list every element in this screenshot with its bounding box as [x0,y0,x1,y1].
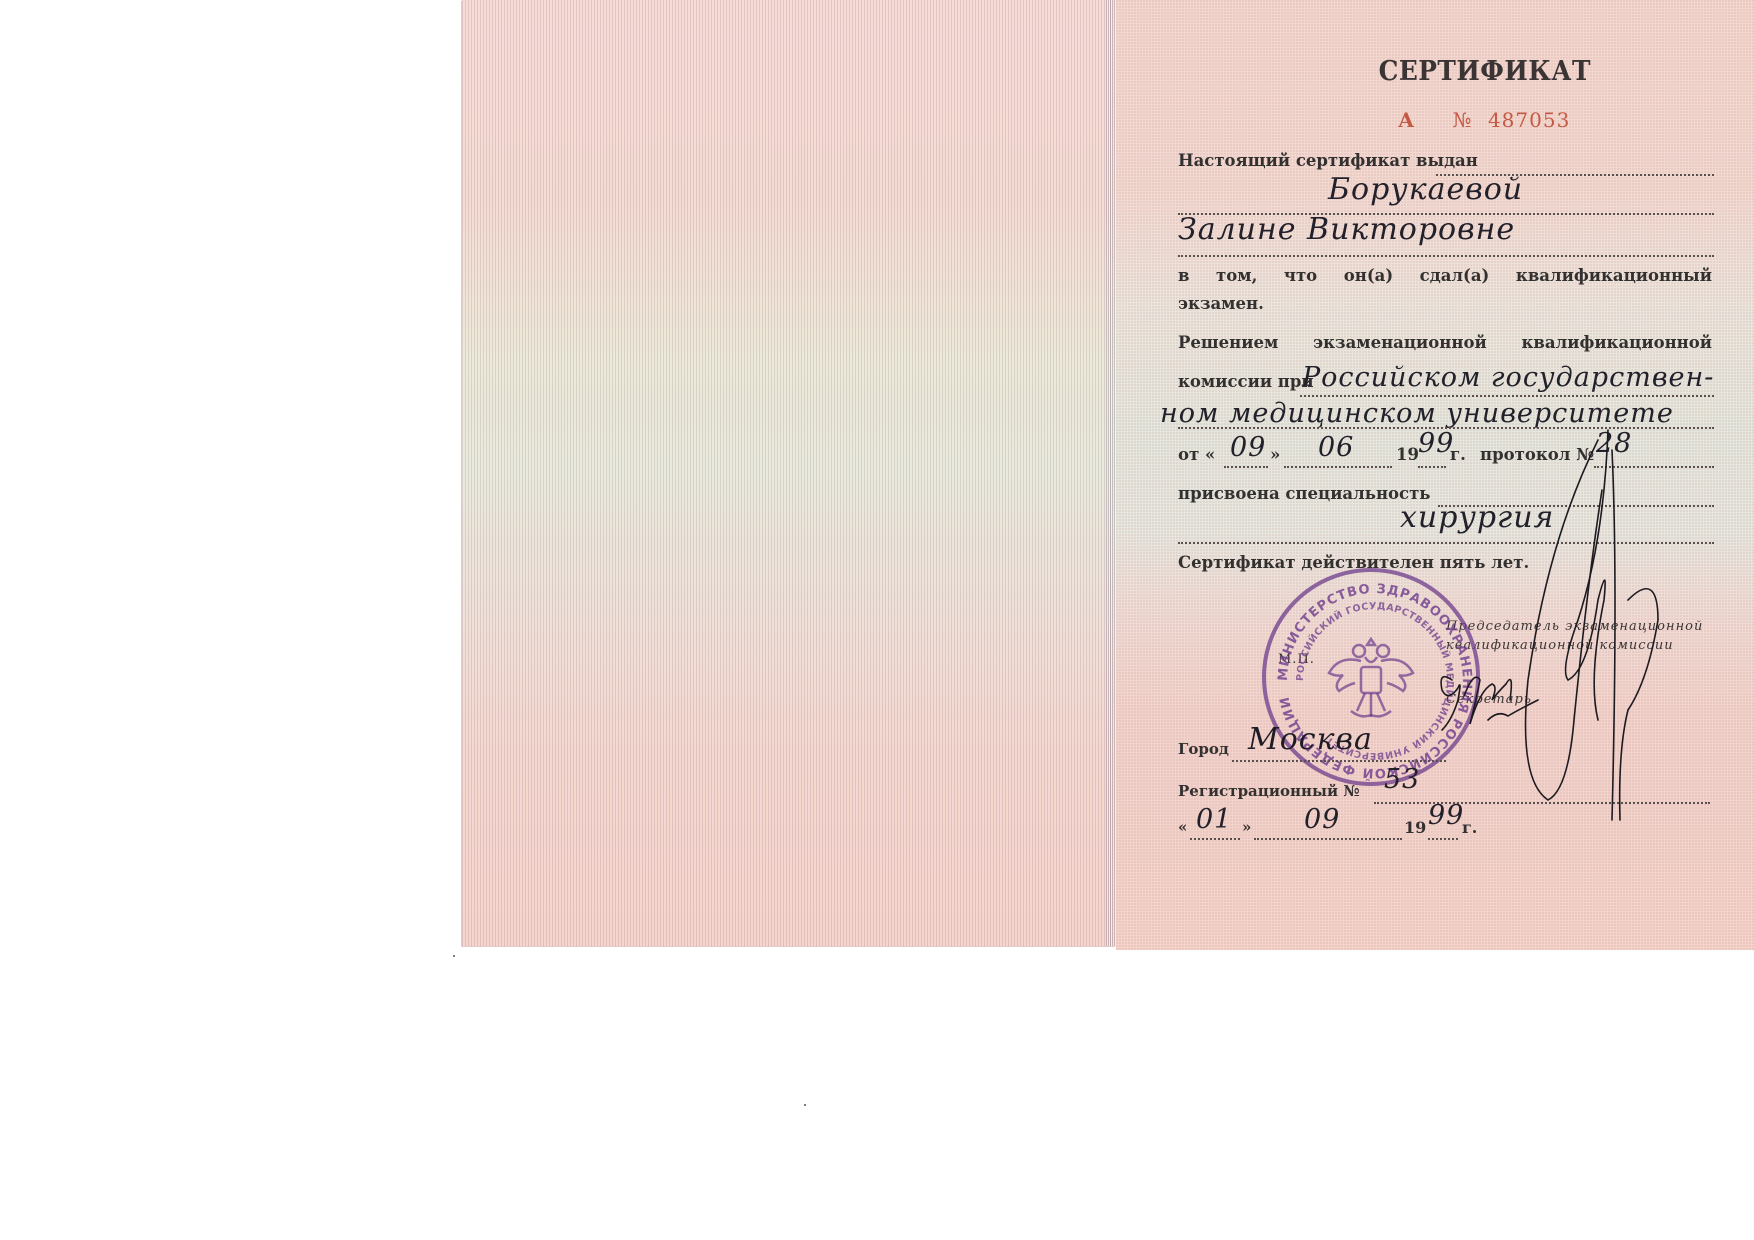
certificate-series: А [1398,108,1415,132]
dotted-line [1254,838,1402,840]
institution-line-1: Российском государствен- [1302,362,1714,393]
certificate-title: СЕРТИФИКАТ [1200,56,1697,87]
exam-date-month: 06 [1318,432,1354,463]
exam-word: экзамен. [1178,294,1264,313]
left-page-blank [462,0,1116,946]
protocol-label: протокол № [1480,445,1594,464]
dotted-line [1232,760,1446,762]
city-label: Город [1178,740,1229,758]
chairman-label-line-1: Председатель экзаменационной [1446,619,1703,634]
number-sign: № [1453,108,1473,132]
issue-quote-close: » [1242,818,1251,836]
certificate-number: А № 487053 [1398,108,1570,132]
dotted-line [1284,466,1392,468]
scan-speck [453,955,455,957]
issue-day: 01 [1196,804,1232,835]
dotted-line [1300,395,1714,397]
passed-exam-text: в том, что он(а) сдал(а) квалификационны… [1178,266,1712,285]
exam-date-day: 09 [1230,432,1266,463]
quote-close: » [1270,445,1280,464]
dotted-line [1224,466,1268,468]
protocol-number: 28 [1596,428,1632,459]
certificate-number-value: 487053 [1488,108,1570,132]
dotted-line [1428,838,1458,840]
specialty-value: хирургия [1400,500,1554,535]
year-prefix: 19 [1396,445,1419,464]
certificate-page: СЕРТИФИКАТ А № 487053 Настоящий сертифик… [1116,0,1754,950]
year-abbr: г. [1450,445,1466,464]
dotted-line [1178,255,1714,257]
specialty-label: присвоена специальность [1178,484,1431,503]
issue-year-prefix: 19 [1404,818,1426,837]
city-value: Москва [1248,722,1373,757]
recipient-given-names: Залине Викторовне [1178,212,1515,247]
issued-to-label: Настоящий сертификат выдан [1178,151,1478,170]
dotted-line [1418,466,1446,468]
recipient-surname: Борукаевой [1328,172,1523,207]
issue-year: 99 [1428,800,1464,831]
institution-line-2: ном медицинском университете [1160,398,1674,429]
exam-date-year: 99 [1418,428,1454,459]
page-fold [1106,0,1116,946]
registration-label: Регистрационный № [1178,782,1360,800]
commission-label: комиссии при [1178,372,1314,391]
double-headed-eagle-icon [1321,627,1421,727]
registration-number: 53 [1384,764,1420,795]
dotted-line [1190,838,1240,840]
issue-year-abbr: г. [1462,818,1477,837]
scan-speck [804,1104,806,1106]
issue-month: 09 [1304,804,1340,835]
dotted-line [1374,802,1710,804]
issue-quote-open: « [1178,818,1187,836]
dotted-line [1178,542,1714,544]
dotted-line [1594,466,1714,468]
date-from-label: от « [1178,445,1215,464]
decision-text: Решением экзаменационной квалификационно… [1178,333,1712,352]
